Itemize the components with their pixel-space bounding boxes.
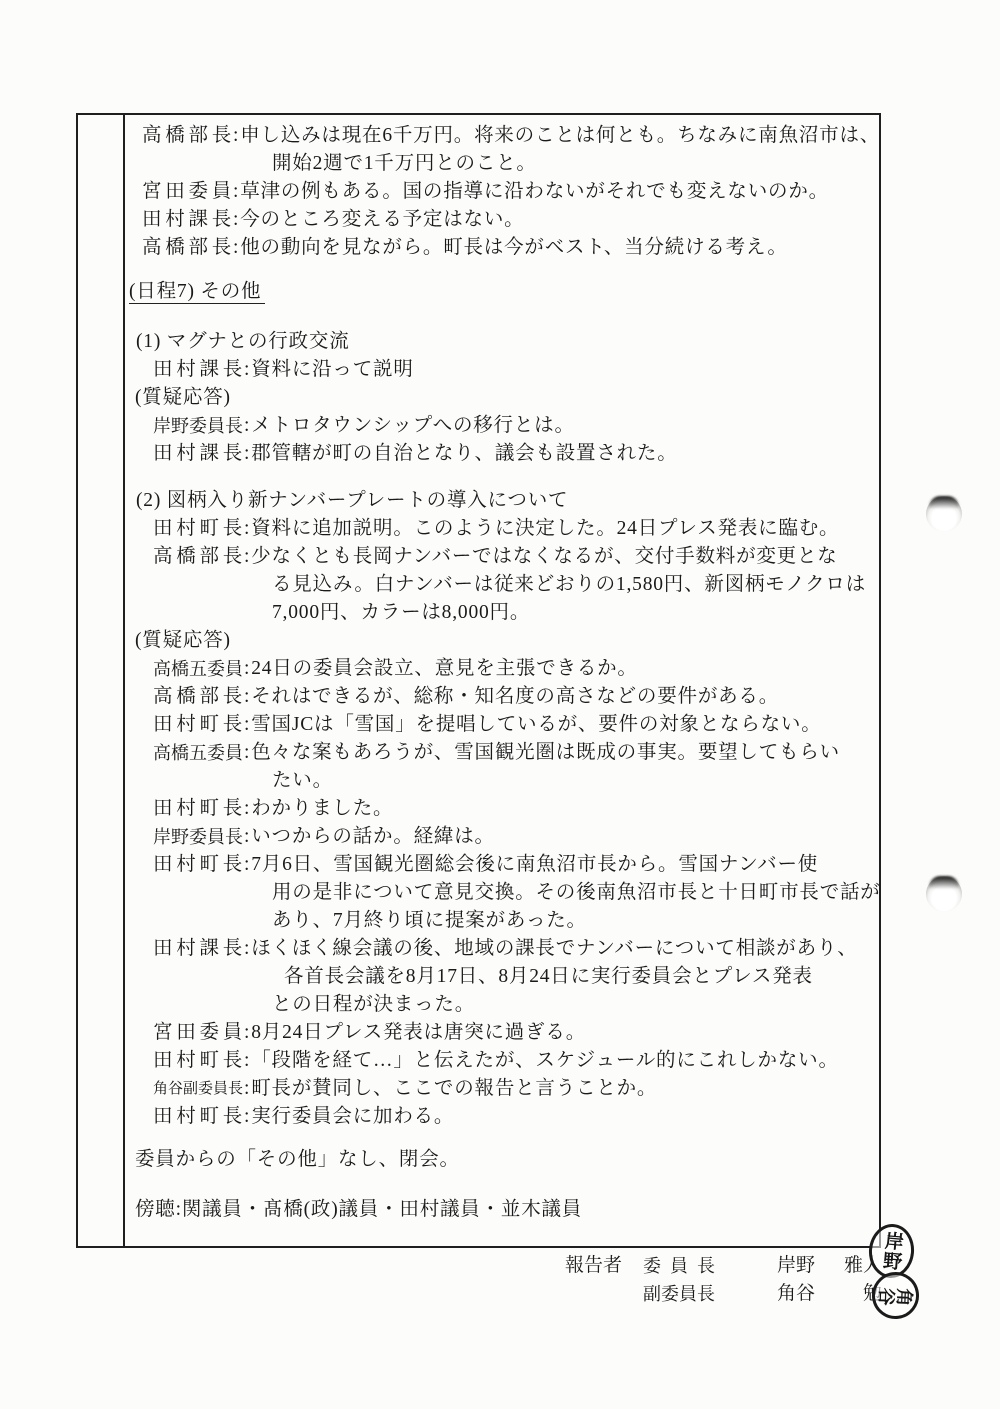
line-text: メトロタウンシップへの移行とは。 — [251, 415, 575, 436]
document-page: { "colon": ":", "lines": [ {"t":"dlg-a",… — [0, 0, 1000, 1409]
line-text: 資料に沿って説明 — [251, 359, 413, 380]
agenda-item-heading: (2) 図柄入り新ナンバープレートの導入について — [127, 487, 879, 515]
punch-hole-bottom — [926, 876, 962, 912]
line-text: 各首長会議を8月17日、8月24日に実行委員会とプレス発表 — [284, 966, 813, 987]
dialogue-line: 田村課長:郡管轄が町の自治となり、議会も設置された。 — [127, 440, 879, 468]
line-text: 実行委員会に加わる。 — [251, 1106, 454, 1127]
line-text: との日程が決まった。 — [272, 994, 475, 1015]
note-line: 委員からの「その他」なし、閉会。 — [127, 1146, 879, 1174]
dialogue-line: 高橋五委員:色々な案もあろうが、雪国観光圏は既成の事実。要望してもらい — [127, 739, 879, 767]
minutes-content: 高橋部長:申し込みは現在6千万円。将来のことは何とも。ちなみに南魚沼市は、開始2… — [127, 115, 879, 1246]
colon-separator: : — [243, 1022, 251, 1043]
dialogue-line: 田村町長:雪国JCは「雪国」を提唱しているが、要件の対象とならない。 — [127, 711, 879, 739]
line-text: 色々な案もあろうが、雪国観光圏は既成の事実。要望してもらい — [251, 742, 840, 763]
colon-separator: : — [243, 518, 251, 539]
speaker-label: 高橋部長 — [153, 683, 243, 711]
dialogue-line: 田村町長:7月6日、雪国観光圏総会後に南魚沼市長から。雪国ナンバー使 — [127, 851, 879, 879]
colon-separator: : — [243, 826, 251, 847]
speaker-label: 田村町長 — [153, 711, 243, 739]
stamp-text: 岸野 — [880, 1230, 902, 1272]
speaker-label: 田村町長 — [153, 851, 243, 879]
dialogue-line: 高橋五委員:24日の委員会設立、意見を主張できるか。 — [127, 655, 879, 683]
colon-separator: : — [243, 854, 251, 875]
dialogue-line: 田村課長:資料に沿って説明 — [127, 356, 879, 384]
line-text: 他の動向を見ながら。町長は今がベスト、当分続ける考え。 — [240, 237, 788, 258]
dialogue-line: 高橋部長:申し込みは現在6千万円。将来のことは何とも。ちなみに南魚沼市は、 — [127, 122, 879, 150]
dialogue-line: 高橋部長:それはできるが、総称・知名度の高さなどの要件がある。 — [127, 683, 879, 711]
line-text: 資料に追加説明。このように決定した。24日プレス発表に臨む。 — [251, 518, 839, 539]
signature-role-vice-chair: 副委員長 — [643, 1280, 715, 1308]
signature-role-label: 委員長 — [643, 1252, 715, 1280]
line-text: 今のところ変える予定はない。 — [240, 209, 524, 230]
spacer — [127, 468, 879, 487]
line-text: 委員からの「その他」なし、閉会。 — [135, 1149, 460, 1170]
colon-separator: : — [243, 686, 251, 707]
speaker-label: 岸野委員長 — [153, 823, 243, 851]
line-text: 24日の委員会設立、意見を主張できるか。 — [251, 658, 638, 679]
speaker-label: 高橋五委員 — [153, 655, 243, 683]
colon-separator: : — [232, 125, 240, 146]
dialogue-line: 岸野委員長:メトロタウンシップへの移行とは。 — [127, 412, 879, 440]
dialogue-line: 宮田委員:草津の例もある。国の指導に沿わないがそれでも変えないのか。 — [127, 178, 879, 206]
speaker-label: 田村課長 — [142, 206, 232, 234]
colon-separator: : — [232, 209, 240, 230]
signature-surname: 角谷 — [777, 1280, 815, 1308]
speaker-label: 高橋五委員 — [153, 739, 243, 767]
colon-separator: : — [243, 415, 251, 436]
continuation-line: との日程が決まった。 — [127, 991, 879, 1019]
colon-separator: : — [243, 798, 251, 819]
line-text: ほくほく線会議の後、地域の課長でナンバーについて相談があり、 — [251, 938, 857, 959]
line-text: る見込み。白ナンバーは従来どおりの1,580円、新図柄モノクロは — [272, 574, 866, 595]
line-text: 8月24日プレス発表は唐突に過ぎる。 — [251, 1022, 586, 1043]
speaker-label: 田村課長 — [153, 935, 243, 963]
speaker-label: 岸野委員長 — [153, 412, 243, 440]
continuation-line: 各首長会議を8月17日、8月24日に実行委員会とプレス発表 — [127, 963, 879, 991]
dialogue-line: 田村町長:資料に追加説明。このように決定した。24日プレス発表に臨む。 — [127, 515, 879, 543]
note-line: 傍聴:関議員・髙橋(政)議員・田村議員・並木議員 — [127, 1196, 879, 1224]
note-line: (質疑応答) — [127, 627, 879, 655]
colon-separator: : — [243, 742, 251, 763]
table-margin-column — [78, 115, 125, 1246]
speaker-label: 田村課長 — [153, 440, 243, 468]
line-text: 少なくとも長岡ナンバーではなくなるが、交付手数料が変更とな — [251, 546, 837, 567]
note-line: (質疑応答) — [127, 384, 879, 412]
line-text: 郡管轄が町の自治となり、議会も設置された。 — [251, 443, 677, 464]
signature-role-chair: 委員長 — [643, 1252, 715, 1280]
line-text: 7月6日、雪国観光圏総会後に南魚沼市長から。雪国ナンバー使 — [251, 854, 818, 875]
signature-surname: 岸野 — [777, 1252, 815, 1280]
dialogue-line: 宮田委員:8月24日プレス発表は唐突に過ぎる。 — [127, 1019, 879, 1047]
reporter-label: 報告者 — [565, 1252, 622, 1280]
colon-separator: : — [243, 1050, 251, 1071]
colon-separator: : — [243, 359, 251, 380]
line-text: 7,000円、カラーは8,000円。 — [272, 602, 530, 623]
line-text: (質疑応答) — [135, 630, 231, 651]
dialogue-line: 田村町長:「段階を経て…」と伝えたが、スケジュール的にこれしかない。 — [127, 1047, 879, 1075]
dialogue-line: 岸野委員長:いつからの話か。経緯は。 — [127, 823, 879, 851]
signature-name-vice-chair: 角谷 勉 — [777, 1280, 882, 1308]
dialogue-line: 田村町長:実行委員会に加わる。 — [127, 1103, 879, 1131]
continuation-line: 用の是非について意見交換。その後南魚沼市長と十日町市長で話が — [127, 879, 879, 907]
colon-separator: : — [243, 1078, 251, 1099]
line-text: 草津の例もある。国の指導に沿わないがそれでも変えないのか。 — [240, 181, 829, 202]
speaker-label: 田村町長 — [153, 795, 243, 823]
line-text: いつからの話か。経緯は。 — [251, 826, 495, 847]
speaker-label: 田村町長 — [153, 1047, 243, 1075]
dialogue-line: 高橋部長:他の動向を見ながら。町長は今がベスト、当分続ける考え。 — [127, 234, 879, 262]
speaker-label: 宮田委員 — [153, 1019, 243, 1047]
spacer — [127, 1174, 879, 1196]
dialogue-line: 角谷副委員長:町長が賛同し、ここでの報告と言うことか。 — [127, 1075, 879, 1103]
line-text: 申し込みは現在6千万円。将来のことは何とも。ちなみに南魚沼市は、 — [240, 125, 880, 146]
line-text: (1) マグナとの行政交流 — [136, 331, 350, 352]
colon-separator: : — [243, 443, 251, 464]
punch-hole-top — [926, 496, 962, 532]
speaker-label: 高橋部長 — [142, 234, 232, 262]
spacer — [127, 262, 879, 278]
agenda-item-heading: (1) マグナとの行政交流 — [127, 328, 879, 356]
speaker-label: 田村町長 — [153, 1103, 243, 1131]
minutes-table: 高橋部長:申し込みは現在6千万円。将来のことは何とも。ちなみに南魚沼市は、開始2… — [76, 113, 881, 1248]
dialogue-line: 高橋部長:少なくとも長岡ナンバーではなくなるが、交付手数料が変更とな — [127, 543, 879, 571]
line-text: それはできるが、総称・知名度の高さなどの要件がある。 — [251, 686, 779, 707]
line-text: (質疑応答) — [135, 387, 231, 408]
line-text: 雪国JCは「雪国」を提唱しているが、要件の対象とならない。 — [251, 714, 821, 735]
continuation-line: 開始2週で1千万円とのこと。 — [127, 150, 879, 178]
line-text: あり、7月終り頃に提案があった。 — [272, 910, 587, 931]
speaker-label: 高橋部長 — [142, 122, 232, 150]
signature-role-label: 副委員長 — [643, 1280, 715, 1308]
line-text: 「段階を経て…」と伝えたが、スケジュール的にこれしかない。 — [251, 1050, 839, 1071]
colon-separator: : — [243, 658, 251, 679]
spacer — [127, 1131, 879, 1146]
continuation-line: 7,000円、カラーは8,000円。 — [127, 599, 879, 627]
continuation-line: あり、7月終り頃に提案があった。 — [127, 907, 879, 935]
stamp-text: 角谷 — [877, 1286, 914, 1305]
colon-separator: : — [243, 546, 251, 567]
dialogue-line: 田村課長:ほくほく線会議の後、地域の課長でナンバーについて相談があり、 — [127, 935, 879, 963]
line-text: 傍聴:関議員・髙橋(政)議員・田村議員・並木議員 — [135, 1199, 582, 1220]
colon-separator: : — [243, 1106, 251, 1127]
line-text: (日程7) その他 — [129, 281, 265, 304]
speaker-label: 田村課長 — [153, 356, 243, 384]
line-text: わかりました。 — [251, 798, 393, 819]
spacer — [127, 306, 879, 328]
speaker-label: 高橋部長 — [153, 543, 243, 571]
speaker-label: 田村町長 — [153, 515, 243, 543]
colon-separator: : — [243, 714, 251, 735]
line-text: たい。 — [272, 770, 333, 791]
colon-separator: : — [243, 938, 251, 959]
speaker-label: 宮田委員 — [142, 178, 232, 206]
speaker-label: 角谷副委員長 — [153, 1075, 243, 1103]
dialogue-line: 田村町長:わかりました。 — [127, 795, 879, 823]
colon-separator: : — [232, 181, 240, 202]
line-text: 開始2週で1千万円とのこと。 — [272, 153, 537, 174]
colon-separator: : — [232, 237, 240, 258]
line-text: 用の是非について意見交換。その後南魚沼市長と十日町市長で話が — [272, 882, 881, 903]
section-heading: (日程7) その他 — [127, 278, 879, 306]
dialogue-line: 田村課長:今のところ変える予定はない。 — [127, 206, 879, 234]
line-text: 町長が賛同し、ここでの報告と言うことか。 — [251, 1078, 657, 1099]
continuation-line: る見込み。白ナンバーは従来どおりの1,580円、新図柄モノクロは — [127, 571, 879, 599]
line-text: (2) 図柄入り新ナンバープレートの導入について — [136, 490, 568, 511]
signature-name-chair: 岸野 雅人 — [777, 1252, 882, 1280]
continuation-line: たい。 — [127, 767, 879, 795]
